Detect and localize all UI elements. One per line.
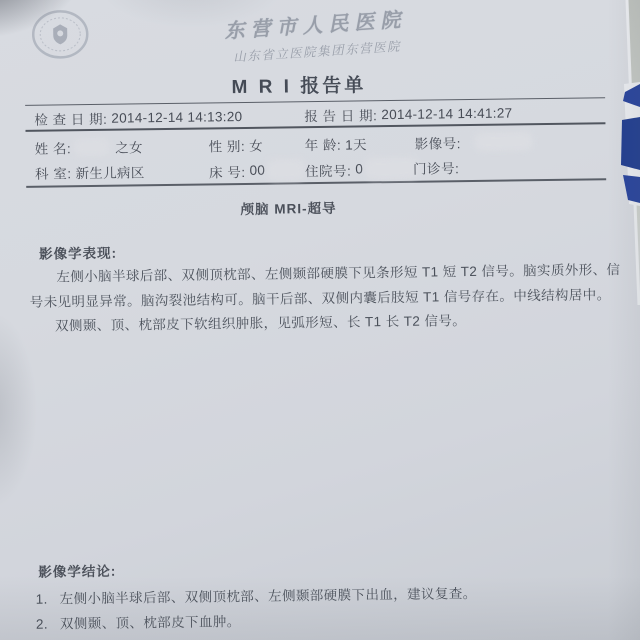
bed-number-value: 00 [249,163,265,178]
report-date-value: 2014-12-14 14:41:27 [381,105,512,122]
age-value: 1天 [345,133,367,153]
conclusion-item-text: 双侧颞、顶、枕部皮下血肿。 [60,614,241,631]
age-label: 年 龄: [305,134,342,154]
inpatient-number-field: 住院号: 0 [305,158,421,181]
conclusion-item: 2.双侧颞、顶、枕部皮下血肿。 [36,610,241,633]
bed-number-label: 床 号: [209,160,246,180]
report-date-field: 报 告 日 期: 2014-12-14 14:41:27 [304,102,512,125]
exam-name: 颅脑 MRI-超导 [0,194,579,222]
department-field: 科 室: 新生儿病区 [35,161,145,182]
findings-line: 左侧小脑半球后部、双侧顶枕部、左侧颞部硬膜下见条形短 T1 短 T2 信号。脑实… [56,258,620,285]
outpatient-number-label: 门诊号: [413,157,460,178]
conclusion-section-label: 影像学结论: [38,560,116,581]
department-value: 新生儿病区 [75,161,144,182]
findings-section-label: 影像学表现: [39,242,117,263]
exam-date-label: 检 查 日 期: [34,108,107,129]
findings-line: 号未见明显异常。脑沟裂池结构可。脑干后部、双侧内囊后肢短 T1 信号存在。中线结… [30,283,611,311]
gender-label: 性 别: [209,135,246,155]
gender-field: 性 别: 女 [209,135,264,156]
censored-name-patch [73,138,109,156]
conclusion-item-text: 左侧小脑半球后部、双侧顶枕部、左侧颞部硬膜下出血，建议复查。 [60,586,477,606]
exam-date-field: 检 查 日 期: 2014-12-14 14:13:20 [34,106,242,129]
paper-sheet: 东营市人民医院 山东省立医院集团东营医院 M R I 报告单 检 查 日 期: … [0,0,640,640]
conclusion-item-number: 1. [36,591,60,606]
findings-line: 双侧颞、顶、枕部皮下软组织肿胀，见弧形短、长 T1 长 T2 信号。 [55,309,466,334]
censored-inpatient-number-patch [365,158,419,180]
conclusion-item: 1.左侧小脑半球后部、双侧顶枕部、左侧颞部硬膜下出血，建议复查。 [35,582,476,608]
patient-name-field: 姓 名: 之女 [35,136,143,157]
department-label: 科 室: [35,162,72,182]
inpatient-number-value: 0 [355,161,363,176]
image-number-label: 影像号: [415,132,462,153]
name-suffix: 之女 [115,136,143,156]
censored-image-number-patch [475,132,533,151]
mri-report-photo: 东营市人民医院 山东省立医院集团东营医院 M R I 报告单 检 查 日 期: … [0,0,640,640]
name-label: 姓 名: [35,137,72,157]
outpatient-number-field: 门诊号: [413,157,460,178]
inpatient-number-label: 住院号: [305,159,352,180]
exam-date-value: 2014-12-14 14:13:20 [111,108,242,125]
bed-number-field: 床 号: 00 [209,159,307,181]
age-field: 年 龄: 1天 [305,133,367,154]
censored-bed-number-patch [267,159,305,180]
gender-value: 女 [249,135,263,155]
conclusion-item-number: 2. [36,616,60,631]
report-date-label: 报 告 日 期: [304,104,377,125]
image-number-field: 影像号: [415,131,536,153]
